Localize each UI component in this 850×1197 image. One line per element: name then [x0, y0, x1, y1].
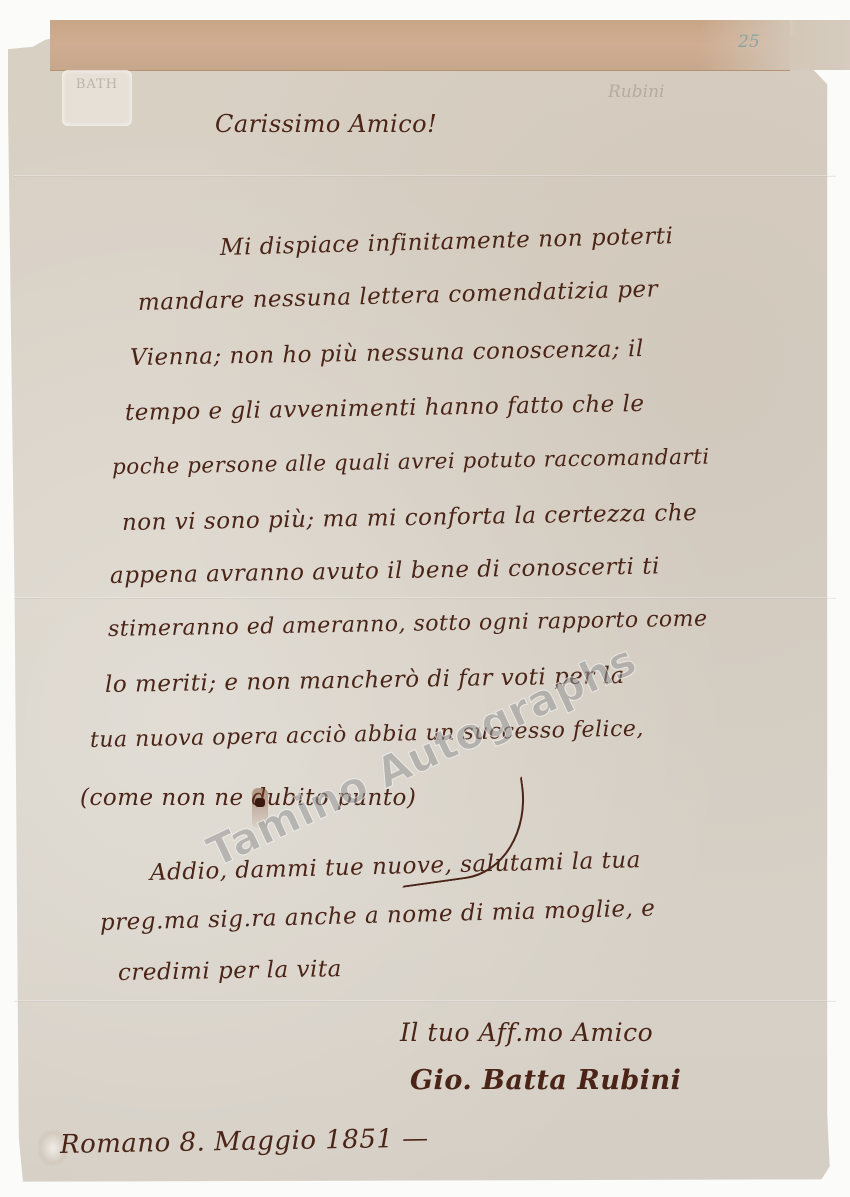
closing-line: credimi per la vita — [118, 956, 342, 986]
salutation: Carissimo Amico! — [215, 110, 437, 138]
fold-line — [14, 597, 836, 599]
letter-sheet — [8, 14, 838, 1184]
signature: Gio. Batta Rubini — [410, 1065, 681, 1096]
fold-line — [14, 175, 836, 177]
embossed-stamp: BATH — [62, 70, 132, 126]
signoff: Il tuo Aff.mo Amico — [400, 1018, 653, 1047]
folded-top-strip — [50, 20, 790, 71]
fold-line — [14, 1000, 836, 1002]
pencil-note-number: 25 — [738, 32, 760, 52]
pencil-note-name: Rubini — [608, 82, 664, 102]
